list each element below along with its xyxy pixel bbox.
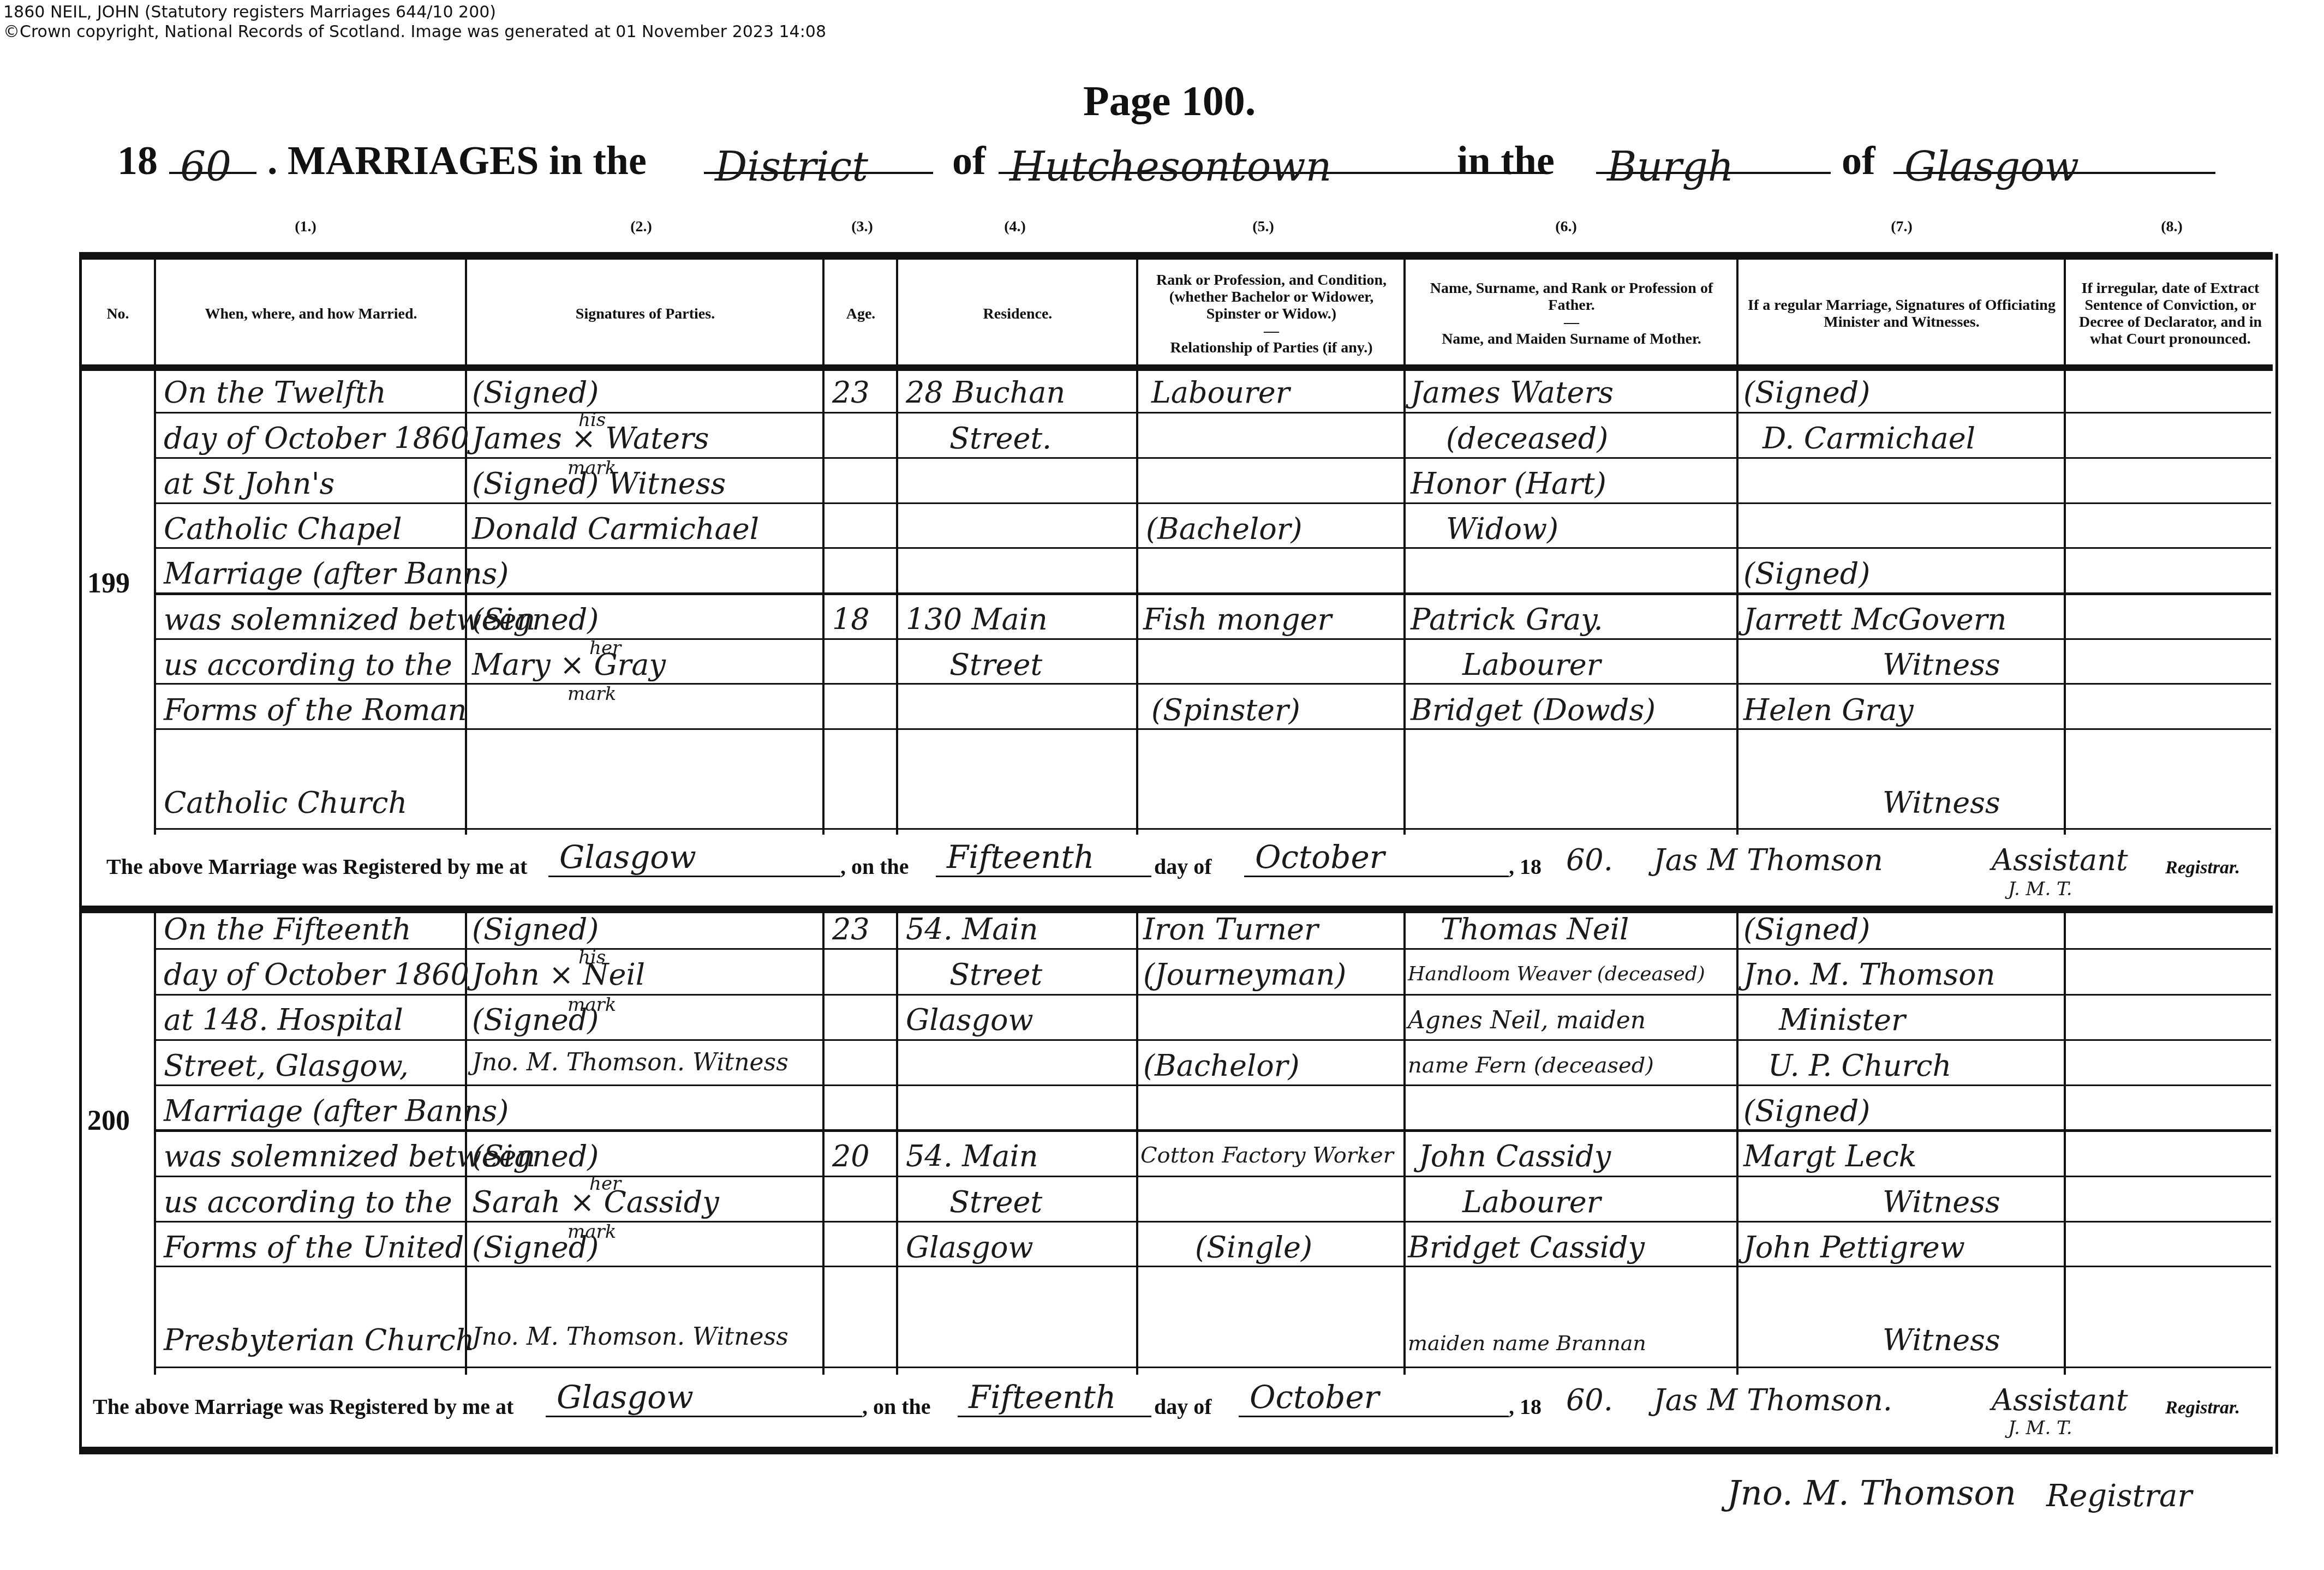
witness-label: Witness: [1883, 786, 2000, 820]
residence-line: Street.: [949, 421, 1052, 456]
witness-signature: Jarrett McGovern: [1743, 602, 2006, 637]
header-parents: Name, Surname, and Rank or Profession of…: [1413, 262, 1730, 365]
header-age: Age.: [826, 262, 896, 365]
col-number-2: (2.): [614, 218, 668, 236]
when-line: On the Twelfth: [164, 375, 386, 410]
of-label: of: [1842, 138, 1875, 184]
col-divider: [2064, 911, 2066, 1375]
minister-church: U. P. Church: [1768, 1048, 1951, 1083]
parent-line: Thomas Neil: [1441, 912, 1629, 946]
header-minister: If a regular Marriage, Signatures of Off…: [1746, 262, 2057, 365]
witness-signature: Helen Gray: [1743, 693, 1914, 727]
when-line: On the Fifteenth: [164, 912, 411, 946]
condition-line: (Single): [1195, 1230, 1312, 1265]
registrar-initials: J. M. T.: [2008, 1417, 2072, 1439]
col-number-7: (7.): [1874, 218, 1929, 236]
registrar-label: Registrar.: [2165, 1398, 2240, 1418]
bride-signature: Sarah × Cassidy: [472, 1185, 719, 1219]
header-residence: Residence.: [899, 262, 1136, 365]
minister-title: Minister: [1779, 1003, 1905, 1037]
condition-line: (Bachelor): [1143, 1048, 1300, 1083]
parent-line: Bridget Cassidy: [1408, 1230, 1645, 1265]
col-divider: [154, 256, 156, 835]
groom-age: 23: [832, 912, 870, 946]
col-divider: [1736, 256, 1738, 835]
when-line: Presbyterian Church: [164, 1323, 474, 1357]
col-divider: [154, 911, 156, 1375]
when-line: Catholic Church: [164, 786, 407, 820]
col-divider: [1136, 911, 1138, 1375]
rank-line: (Journeyman): [1143, 957, 1346, 992]
registered-year: 60.: [1566, 1383, 1613, 1417]
rank-line: Fish monger: [1143, 602, 1331, 637]
register-title: 18 60 . MARRIAGES in the District of Hut…: [117, 123, 2218, 183]
col-divider: [1403, 911, 1406, 1375]
col-number-1: (1.): [278, 218, 333, 236]
on-the-label: , on the: [840, 854, 909, 879]
registrar-label: Registrar.: [2165, 858, 2240, 878]
col-divider: [1403, 256, 1406, 835]
year-prefix: , 18: [1509, 1394, 1542, 1419]
parent-line: Patrick Gray.: [1411, 602, 1603, 637]
registrar-title: Assistant: [1992, 843, 2128, 877]
header-when: When, where, and how Married.: [157, 262, 465, 365]
row-rule: [154, 502, 2271, 504]
header-irregular: If irregular, date of Extract Sentence o…: [2071, 262, 2270, 365]
parent-line: (deceased): [1446, 421, 1608, 456]
residence-line: Street: [949, 648, 1042, 682]
row-rule: [154, 1084, 2271, 1086]
registered-day-field: Fifteenth: [936, 843, 1151, 877]
col-number-8: (8.): [2144, 218, 2199, 236]
header-rank: Rank or Profession, and Condition, (whet…: [1140, 262, 1402, 365]
col-divider: [896, 911, 898, 1375]
witness-signature: Jno. M. Thomson. Witness: [472, 1048, 788, 1076]
col-divider: [1136, 256, 1138, 835]
registered-prefix: The above Marriage was Registered by me …: [93, 1394, 513, 1419]
when-line: Forms of the United: [164, 1230, 464, 1265]
when-line: day of October 1860: [164, 421, 469, 456]
year-prefix: 18: [117, 138, 158, 184]
party-divider: [154, 592, 2271, 595]
on-the-label: , on the: [862, 1394, 931, 1419]
col-divider: [822, 911, 825, 1375]
row-rule: [154, 1221, 2271, 1223]
when-line: at St John's: [164, 466, 334, 501]
parent-line: James Waters: [1411, 375, 1614, 410]
when-line: Marriage (after Banns): [164, 1094, 509, 1128]
registered-place-field: Glasgow: [548, 843, 840, 877]
registered-year: 60.: [1566, 843, 1613, 877]
col-divider: [1736, 911, 1738, 1375]
groom-signature: James × Waters: [472, 421, 709, 456]
minister-signature: D. Carmichael: [1763, 421, 1975, 456]
when-line: Street, Glasgow,: [164, 1048, 409, 1083]
registered-month-field: October: [1239, 1383, 1509, 1417]
signature-line: (Signed): [472, 1230, 599, 1265]
witness-signature: John Pettigrew: [1743, 1230, 1965, 1265]
marriages-label: . MARRIAGES in the: [267, 138, 647, 184]
registrar-signature: Jas M Thomson: [1653, 843, 1883, 877]
row-rule: [154, 457, 2271, 459]
col-divider: [896, 256, 898, 835]
col-divider: [822, 256, 825, 835]
witness-label: Witness: [1883, 648, 2000, 682]
condition-line: (Bachelor): [1146, 512, 1303, 546]
row-rule: [154, 1039, 2271, 1041]
party-divider: [154, 1129, 2271, 1132]
col-divider: [465, 256, 467, 835]
when-line: Catholic Chapel: [164, 512, 402, 546]
residence-line: 130 Main: [906, 602, 1048, 637]
row-rule: [154, 547, 2271, 549]
record-title: 1860 NEIL, JOHN (Statutory registers Mar…: [3, 2, 496, 23]
bride-age: 20: [832, 1139, 870, 1173]
minister-line: (Signed): [1743, 1094, 1870, 1128]
minister-line: (Signed): [1743, 556, 1870, 591]
groom-signature: John × Neil: [472, 957, 645, 992]
mark-label: mark: [567, 683, 616, 705]
minister-line: (Signed): [1743, 375, 1870, 410]
footer-signature-name: Jno. M. Thomson: [1727, 1473, 2016, 1513]
signature-line: (Signed) Witness: [472, 466, 726, 501]
in-the-label: in the: [1457, 138, 1555, 184]
parent-line: Honor (Hart): [1411, 466, 1606, 501]
when-line: day of October 1860: [164, 957, 469, 992]
when-line: us according to the: [164, 1185, 452, 1219]
condition-line: (Spinster): [1151, 693, 1300, 727]
residence-line: Glasgow: [906, 1230, 1033, 1265]
header-no: No.: [82, 262, 154, 365]
row-rule: [154, 1367, 2271, 1368]
witness-signature: Jno. M. Thomson. Witness: [472, 1323, 788, 1351]
row-rule: [154, 683, 2271, 685]
signature-line: (Signed): [472, 1003, 599, 1037]
registered-place-field: Glasgow: [546, 1383, 862, 1417]
entry-number: 199: [87, 567, 130, 600]
registrar-title: Assistant: [1992, 1383, 2128, 1417]
signature-line: (Signed): [472, 1139, 599, 1173]
signature-line: (Signed): [472, 602, 599, 637]
registered-day-field: Fifteenth: [958, 1383, 1151, 1417]
parent-line: Labourer: [1462, 648, 1601, 682]
col-number-3: (3.): [835, 218, 889, 236]
registrar-signature: Jas M Thomson.: [1653, 1383, 1892, 1417]
residence-line: Glasgow: [906, 1003, 1033, 1037]
parent-line: name Fern (deceased): [1408, 1053, 1654, 1078]
parent-line: maiden name Brannan: [1408, 1331, 1646, 1355]
parent-line: Handloom Weaver (deceased): [1408, 963, 1705, 985]
burgh-field: Burgh: [1596, 128, 1831, 174]
residence-line: 28 Buchan: [906, 375, 1065, 410]
residence-line: 54. Main: [906, 1139, 1038, 1173]
parent-line: Widow): [1446, 512, 1558, 546]
rank-line: Iron Turner: [1143, 912, 1318, 946]
signature-line: (Signed): [472, 912, 599, 946]
entry-number: 200: [87, 1105, 130, 1137]
row-rule: [154, 638, 2271, 640]
day-of-label: day of: [1154, 854, 1212, 879]
of-label: of: [952, 138, 986, 184]
parent-line: Labourer: [1462, 1185, 1601, 1219]
when-line: Marriage (after Banns): [164, 556, 509, 591]
witness-label: Witness: [1883, 1323, 2000, 1357]
city-field: Glasgow: [1893, 128, 2215, 174]
rank-line: Labourer: [1151, 375, 1290, 410]
residence-line: Street: [949, 957, 1042, 992]
year-prefix: , 18: [1509, 854, 1542, 879]
when-line: Forms of the Roman: [164, 693, 467, 727]
year-field: 60: [169, 128, 256, 174]
rank-line: Cotton Factory Worker: [1140, 1143, 1394, 1168]
row-rule: [154, 948, 2271, 950]
district-field: District: [704, 128, 933, 174]
parent-line: Agnes Neil, maiden: [1408, 1006, 1646, 1034]
row-rule: [154, 828, 2271, 830]
registered-prefix: The above Marriage was Registered by me …: [106, 854, 527, 879]
col-number-4: (4.): [988, 218, 1042, 236]
table-top-rule: [79, 252, 2273, 260]
header-signatures: Signatures of Parties.: [468, 262, 822, 365]
copyright-notice: ©Crown copyright, National Records of Sc…: [3, 22, 826, 43]
row-rule: [154, 1176, 2271, 1177]
row-rule: [154, 994, 2271, 996]
residence-line: Street: [949, 1185, 1042, 1219]
witness-signature: Margt Leck: [1743, 1139, 1917, 1173]
registered-month-field: October: [1244, 843, 1509, 877]
bride-age: 18: [832, 602, 870, 637]
col-number-6: (6.): [1539, 218, 1593, 236]
col-divider: [2064, 256, 2066, 835]
residence-line: 54. Main: [906, 912, 1038, 946]
groom-age: 23: [832, 375, 870, 410]
page-number: Page 100.: [1083, 76, 1256, 125]
bride-signature: Mary × Gray: [472, 648, 666, 682]
row-rule: [154, 1266, 2271, 1267]
witness-signature: Donald Carmichael: [472, 512, 759, 546]
signature-line: (Signed): [472, 375, 599, 410]
minister-line: (Signed): [1743, 912, 1870, 946]
parent-line: John Cassidy: [1419, 1139, 1611, 1173]
row-rule: [154, 412, 2271, 414]
registrar-initials: J. M. T.: [2008, 878, 2072, 900]
parent-line: Bridget (Dowds): [1411, 693, 1656, 727]
day-of-label: day of: [1154, 1394, 1212, 1419]
minister-signature: Jno. M. Thomson: [1743, 957, 1995, 992]
col-number-5: (5.): [1236, 218, 1291, 236]
table-bottom-rule: [79, 1447, 2273, 1454]
when-line: at 148. Hospital: [164, 1003, 403, 1037]
witness-label: Witness: [1883, 1185, 2000, 1219]
footer-signature-title: Registrar: [2046, 1478, 2192, 1514]
when-line: us according to the: [164, 648, 452, 682]
row-rule: [154, 728, 2271, 730]
